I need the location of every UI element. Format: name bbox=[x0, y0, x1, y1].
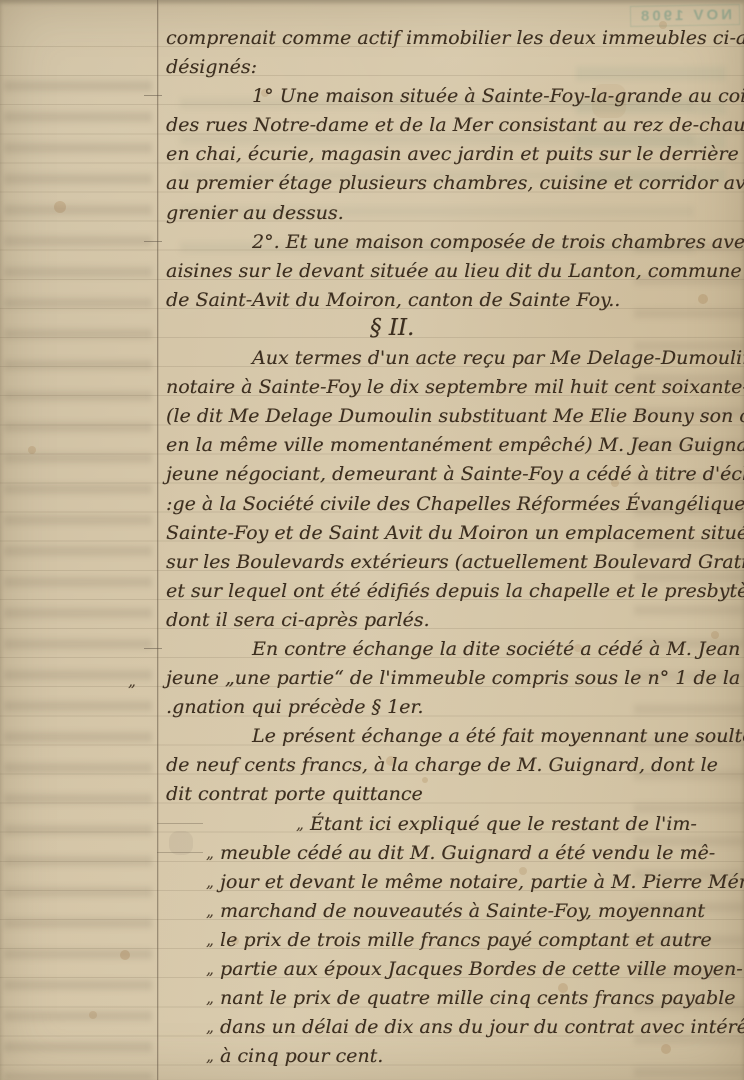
handwritten-line: 1° Une maison située à Sainte-Foy-la-gra… bbox=[166, 82, 744, 111]
line-text: en chai, écurie, magasin avec jardin et … bbox=[166, 143, 744, 165]
handwritten-line: jeune négociant, demeurant à Sainte-Foy … bbox=[166, 460, 744, 489]
handwritten-line: et sur lequel ont été édifiés depuis la … bbox=[166, 577, 744, 606]
line-text: dont il sera ci-après parlés. bbox=[166, 609, 430, 631]
line-text: .gnation qui précède § 1er. bbox=[166, 696, 423, 718]
line-text: désignés: bbox=[166, 56, 257, 78]
line-text: sur les Boulevards extérieurs (actuellem… bbox=[166, 551, 744, 573]
handwritten-line: aisines sur le devant située au lieu dit… bbox=[166, 257, 744, 286]
page-text: comprenait comme actif immobilier les de… bbox=[166, 24, 744, 1071]
handwritten-line: des rues Notre-dame et de la Mer consist… bbox=[166, 111, 744, 140]
line-text: de neuf cents francs, à la charge de M. … bbox=[166, 754, 718, 776]
quote-mark: „ bbox=[128, 667, 136, 695]
handwritten-line: Le présent échange a été fait moyennant … bbox=[166, 722, 744, 751]
quote-mark: „ bbox=[206, 868, 220, 896]
line-text: à cinq pour cent. bbox=[220, 1045, 383, 1067]
handwritten-line: „Étant ici expliqué que le restant de l'… bbox=[166, 810, 744, 839]
margin-dash bbox=[144, 648, 162, 649]
line-text: dit contrat porte quittance bbox=[166, 783, 423, 805]
handwritten-line: (le dit Me Delage Dumoulin substituant M… bbox=[166, 402, 744, 431]
margin-dash bbox=[157, 852, 203, 853]
quote-mark: „ bbox=[206, 1013, 220, 1041]
line-text: Étant ici expliqué que le restant de l'i… bbox=[310, 813, 697, 835]
line-text: 1° Une maison située à Sainte-Foy-la-gra… bbox=[252, 85, 744, 107]
handwritten-line: de neuf cents francs, à la charge de M. … bbox=[166, 751, 744, 780]
line-text: Le présent échange a été fait moyennant … bbox=[252, 725, 744, 747]
line-text: de Saint-Avit du Moiron, canton de Saint… bbox=[166, 289, 620, 311]
handwritten-line: grenier au dessus. bbox=[166, 199, 744, 228]
margin-dash bbox=[144, 241, 162, 242]
handwritten-line: :ge à la Société civile des Chapelles Ré… bbox=[166, 490, 744, 519]
handwritten-line: dont il sera ci-après parlés. bbox=[166, 606, 744, 635]
handwritten-line: „jour et devant le même notaire, partie … bbox=[166, 868, 744, 897]
quote-mark: „ bbox=[296, 810, 310, 838]
handwritten-line: „marchand de nouveautés à Sainte-Foy, mo… bbox=[166, 897, 744, 926]
foxing-spots bbox=[0, 0, 6, 6]
handwritten-line: „le prix de trois mille francs payé comp… bbox=[166, 926, 744, 955]
margin-rule-line bbox=[157, 0, 158, 1080]
line-text: jeune „une partie“ de l'immeuble compris… bbox=[166, 667, 744, 689]
handwritten-line: sur les Boulevards extérieurs (actuellem… bbox=[166, 548, 744, 577]
handwritten-line: „à cinq pour cent. bbox=[166, 1042, 744, 1071]
section-heading: § II. bbox=[166, 315, 744, 344]
line-text: Aux termes d'un acte reçu par Me Delage-… bbox=[252, 347, 744, 369]
quote-mark: „ bbox=[206, 1042, 220, 1070]
handwritten-line: notaire à Sainte-Foy le dix septembre mi… bbox=[166, 373, 744, 402]
margin-dash bbox=[157, 823, 203, 824]
quote-mark: „ bbox=[206, 984, 220, 1012]
handwritten-line: „nant le prix de quatre mille cinq cents… bbox=[166, 984, 744, 1013]
line-text: le prix de trois mille francs payé compt… bbox=[220, 929, 712, 951]
line-text: notaire à Sainte-Foy le dix septembre mi… bbox=[166, 376, 744, 398]
handwritten-line: „meuble cédé au dit M. Guignard a été ve… bbox=[166, 839, 744, 868]
quote-mark: „ bbox=[206, 839, 220, 867]
line-text: jour et devant le même notaire, partie à… bbox=[220, 871, 744, 893]
handwritten-line: „partie aux époux Jacques Bordes de cett… bbox=[166, 955, 744, 984]
handwritten-line: en chai, écurie, magasin avec jardin et … bbox=[166, 140, 744, 169]
handwritten-line: 2°. Et une maison composée de trois cham… bbox=[166, 228, 744, 257]
handwritten-line: „dans un délai de dix ans du jour du con… bbox=[166, 1013, 744, 1042]
line-text: grenier au dessus. bbox=[166, 202, 344, 224]
handwritten-line: de Saint-Avit du Moiron, canton de Saint… bbox=[166, 286, 744, 315]
handwritten-line: Sainte-Foy et de Saint Avit du Moiron un… bbox=[166, 519, 744, 548]
line-text: :ge à la Société civile des Chapelles Ré… bbox=[166, 493, 744, 515]
line-text: (le dit Me Delage Dumoulin substituant M… bbox=[166, 405, 744, 427]
line-text: jeune négociant, demeurant à Sainte-Foy … bbox=[166, 463, 744, 485]
quote-mark: „ bbox=[206, 955, 220, 983]
line-text: aisines sur le devant située au lieu dit… bbox=[166, 260, 742, 282]
quote-mark: „ bbox=[206, 897, 220, 925]
line-text: des rues Notre-dame et de la Mer consist… bbox=[166, 114, 744, 136]
handwritten-line: Aux termes d'un acte reçu par Me Delage-… bbox=[166, 344, 744, 373]
handwritten-line: désignés: bbox=[166, 53, 744, 82]
line-text: § II. bbox=[370, 315, 414, 341]
line-text: comprenait comme actif immobilier les de… bbox=[166, 27, 744, 49]
line-text: Sainte-Foy et de Saint Avit du Moiron un… bbox=[166, 522, 744, 544]
handwritten-line: comprenait comme actif immobilier les de… bbox=[166, 24, 744, 53]
margin-dash bbox=[144, 95, 162, 96]
handwritten-line: En contre échange la dite société a cédé… bbox=[166, 635, 744, 664]
line-text: partie aux époux Jacques Bordes de cette… bbox=[220, 958, 743, 980]
handwritten-line: au premier étage plusieurs chambres, cui… bbox=[166, 169, 744, 198]
line-text: au premier étage plusieurs chambres, cui… bbox=[166, 172, 744, 194]
manuscript-page: NOV 1908 comprenait comme actif immobili… bbox=[0, 0, 744, 1080]
line-text: en la même ville momentanément empêché) … bbox=[166, 434, 744, 456]
line-text: En contre échange la dite société a cédé… bbox=[252, 638, 744, 660]
line-text: 2°. Et une maison composée de trois cham… bbox=[252, 231, 744, 253]
handwritten-line: dit contrat porte quittance bbox=[166, 780, 744, 809]
quote-mark: „ bbox=[206, 926, 220, 954]
line-text: nant le prix de quatre mille cinq cents … bbox=[220, 987, 735, 1009]
handwritten-line: .gnation qui précède § 1er. bbox=[166, 693, 744, 722]
line-text: et sur lequel ont été édifiés depuis la … bbox=[166, 580, 744, 602]
handwritten-line: „jeune „une partie“ de l'immeuble compri… bbox=[166, 664, 744, 693]
line-text: marchand de nouveautés à Sainte-Foy, moy… bbox=[220, 900, 705, 922]
line-text: meuble cédé au dit M. Guignard a été ven… bbox=[220, 842, 715, 864]
handwritten-line: en la même ville momentanément empêché) … bbox=[166, 431, 744, 460]
line-text: dans un délai de dix ans du jour du cont… bbox=[220, 1016, 744, 1038]
